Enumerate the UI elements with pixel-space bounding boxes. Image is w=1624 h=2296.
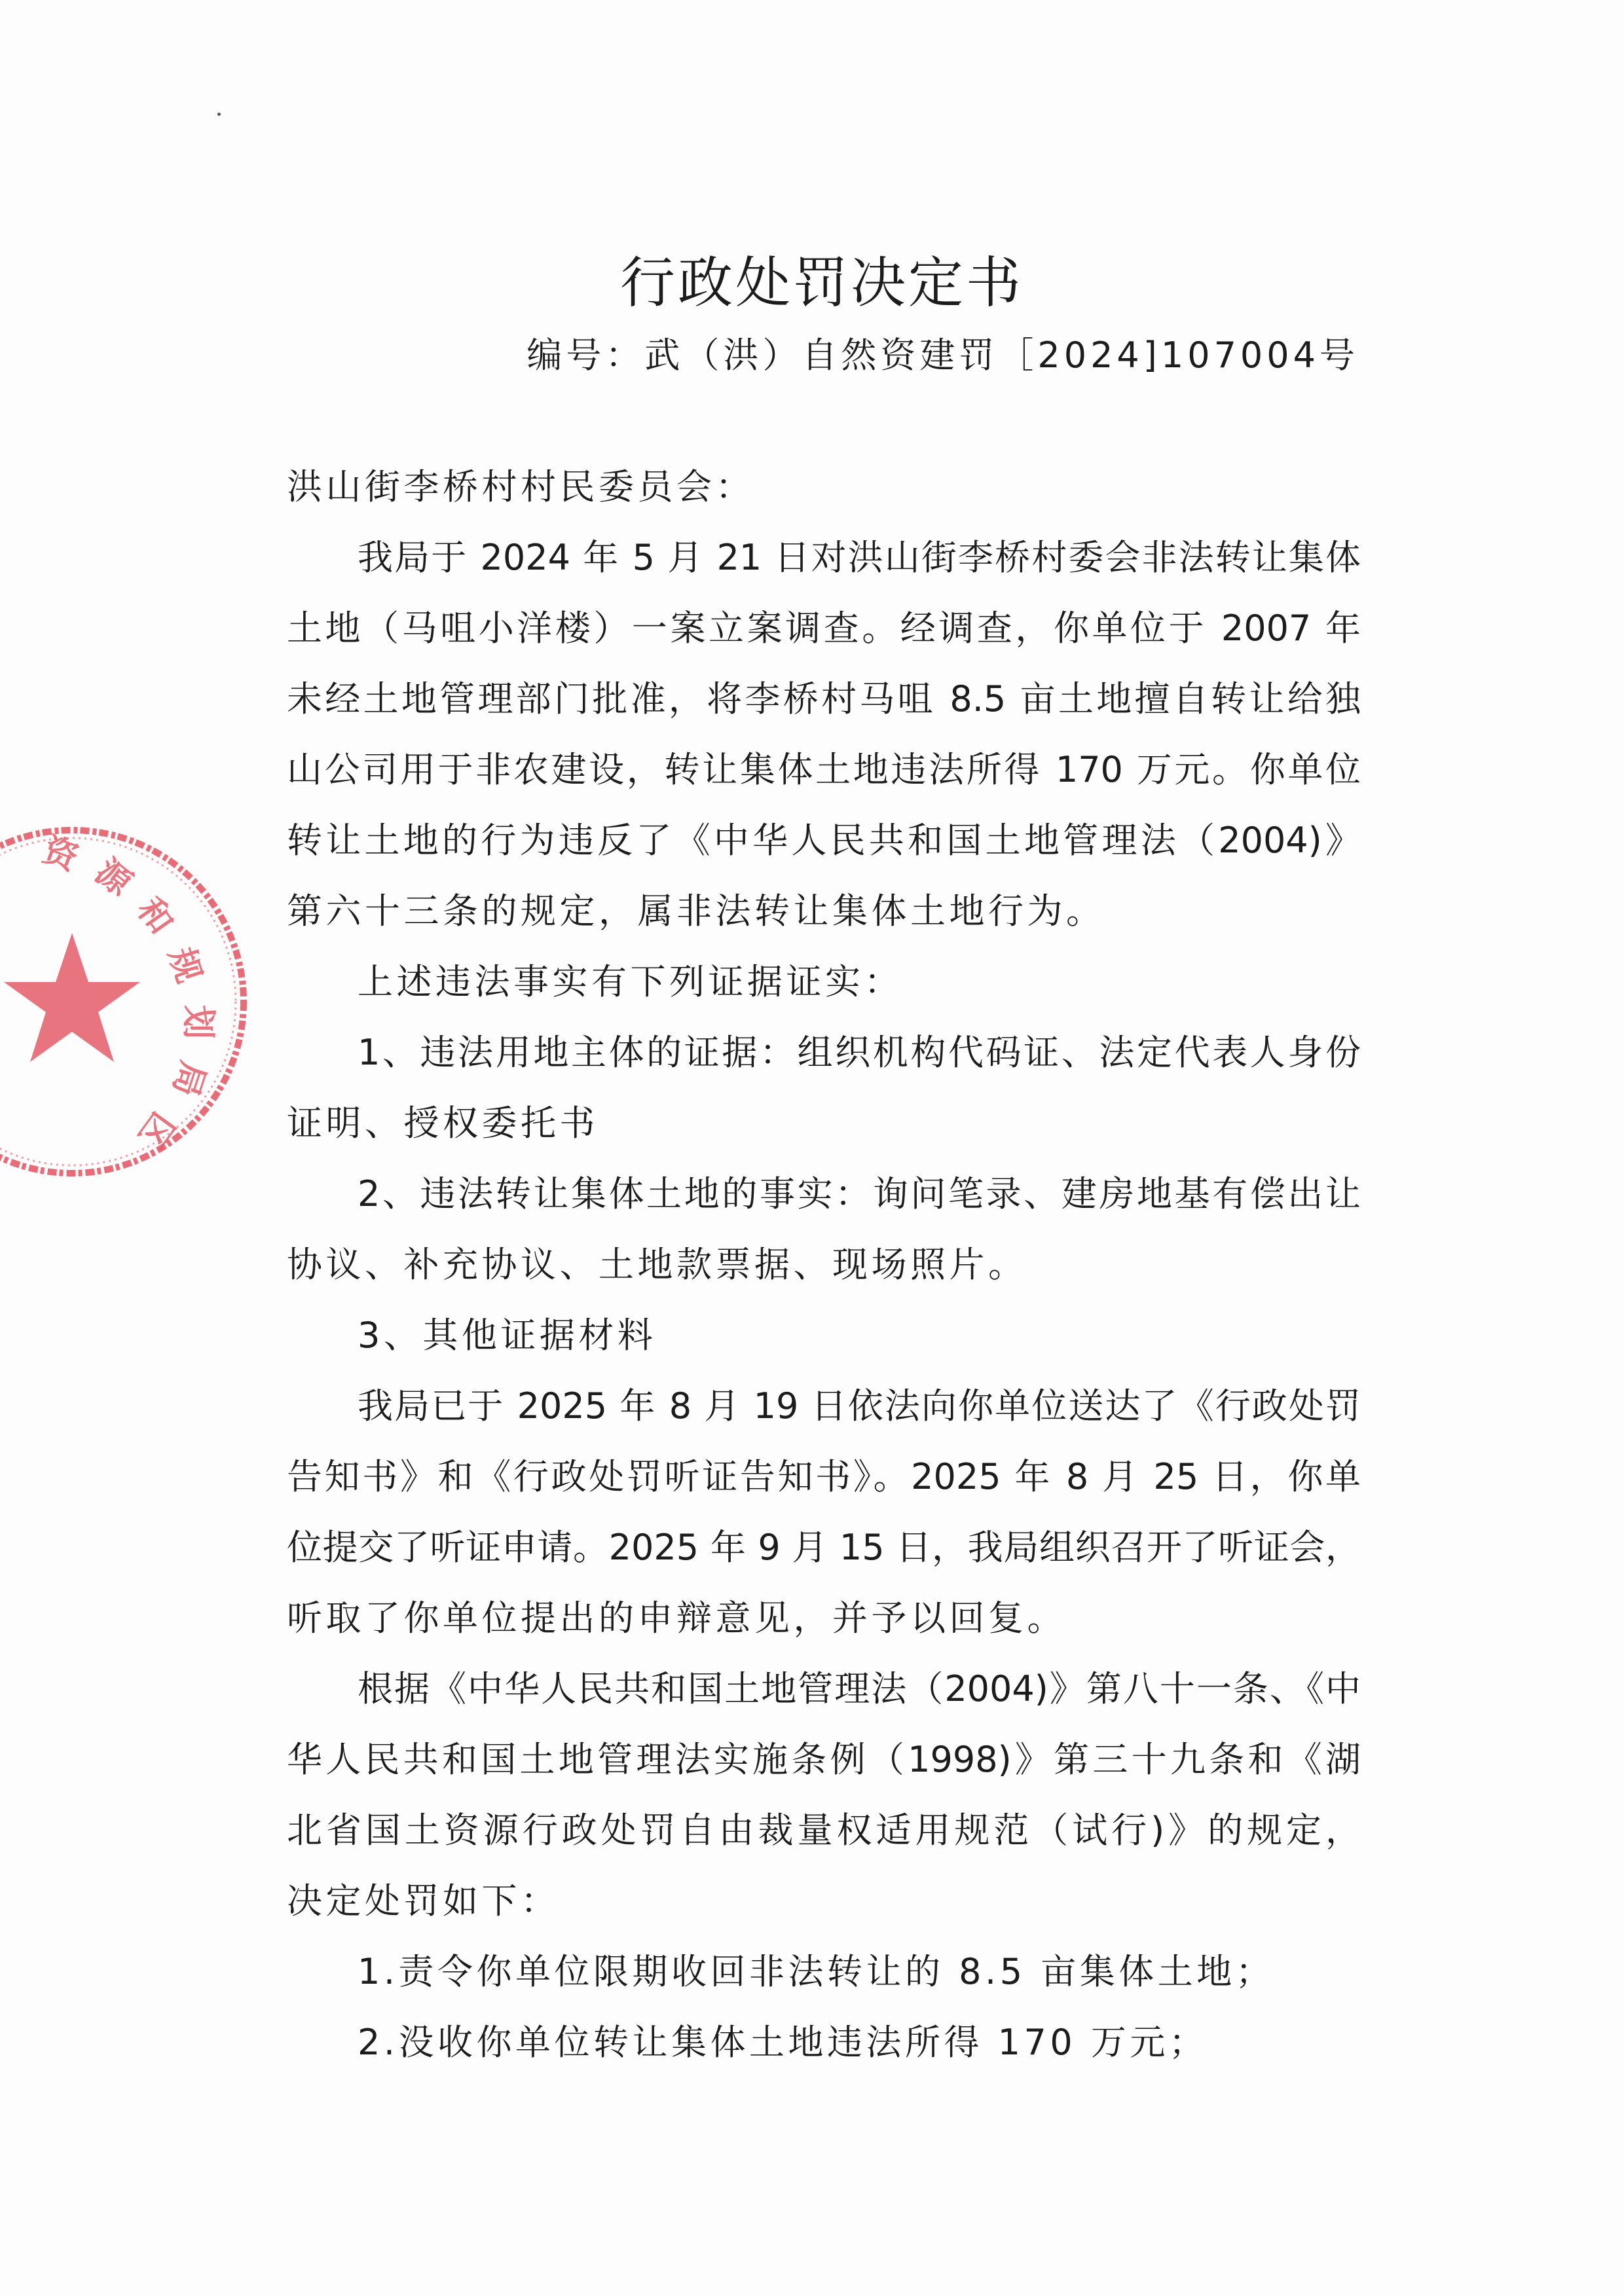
evidence-item: 1、违法用地主体的证据：组织机构代码证、法定代表人身份	[287, 1017, 1361, 1088]
document-number: 编号：武（洪）自然资建罚［2024]107004号	[526, 327, 1359, 378]
body-line: 我局于 2024 年 5 月 21 日对洪山街李桥村委会非法转让集体	[287, 522, 1361, 593]
body-line: 土地（马咀小洋楼）一案立案调查。经调查，你单位于 2007 年	[287, 593, 1361, 664]
body-line: 根据《中华人民共和国土地管理法（2004)》第八十一条、《中	[287, 1654, 1361, 1724]
svg-text:划: 划	[178, 1005, 217, 1039]
scanned-page: 行政处罚决定书 编号：武（洪）自然资建罚［2024]107004号 洪山街李桥村…	[0, 0, 1624, 2296]
body-line: 告知书》和《行政处罚听证告知书》。2025 年 8 月 25 日，你单	[287, 1442, 1361, 1512]
evidence-item-cont: 证明、授权委托书	[287, 1088, 1361, 1159]
body-line: 山公司用于非农建设，转让集体土地违法所得 170 万元。你单位	[287, 735, 1361, 805]
scan-speck	[217, 113, 221, 116]
evidence-item: 3、其他证据材料	[287, 1300, 1361, 1371]
svg-text:局: 局	[165, 1057, 213, 1101]
body-line: 华人民共和国土地管理法实施条例（1998)》第三十九条和《湖	[287, 1724, 1361, 1795]
body-line: 第六十三条的规定，属非法转让集体土地行为。	[287, 876, 1361, 947]
body-line: 听取了你单位提出的申辩意见，并予以回复。	[287, 1583, 1361, 1654]
svg-text:区: 区	[130, 1104, 182, 1155]
svg-text:资: 资	[38, 830, 84, 879]
body-line: 转让土地的行为违反了《中华人民共和国土地管理法（2004)》	[287, 805, 1361, 876]
penalty-item: 2.没收你单位转让集体土地违法所得 170 万元；	[287, 2007, 1361, 2078]
body-line: 位提交了听证申请。2025 年 9 月 15 日，我局组织召开了听证会，	[287, 1512, 1361, 1583]
body-line: 我局已于 2025 年 8 月 19 日依法向你单位送达了《行政处罚	[287, 1371, 1361, 1442]
body-line: 决定处罚如下：	[287, 1866, 1361, 1937]
svg-text:和: 和	[129, 891, 181, 941]
svg-text:源: 源	[88, 852, 139, 904]
evidence-item: 2、违法转让集体土地的事实：询问笔录、建房地基有偿出让	[287, 1159, 1361, 1230]
addressee: 洪山街李桥村村民委员会：	[287, 452, 1361, 522]
svg-text:规: 规	[161, 943, 209, 987]
evidence-heading: 上述违法事实有下列证据证实：	[287, 947, 1361, 1017]
document-body: 洪山街李桥村村民委员会： 我局于 2024 年 5 月 21 日对洪山街李桥村委…	[287, 452, 1361, 2078]
penalty-item: 1.责令你单位限期收回非法转让的 8.5 亩集体土地；	[287, 1937, 1361, 2007]
evidence-item-cont: 协议、补充协议、土地款票据、现场照片。	[287, 1230, 1361, 1300]
document-title: 行政处罚决定书	[0, 239, 1624, 318]
seal-star-icon	[4, 933, 140, 1062]
body-line: 未经土地管理部门批准，将李桥村马咀 8.5 亩土地擅自转让给独	[287, 664, 1361, 735]
official-seal-stamp: 资 源 和 规 划 局 区	[0, 818, 255, 1185]
body-line: 北省国土资源行政处罚自由裁量权适用规范（试行)》的规定，	[287, 1795, 1361, 1866]
